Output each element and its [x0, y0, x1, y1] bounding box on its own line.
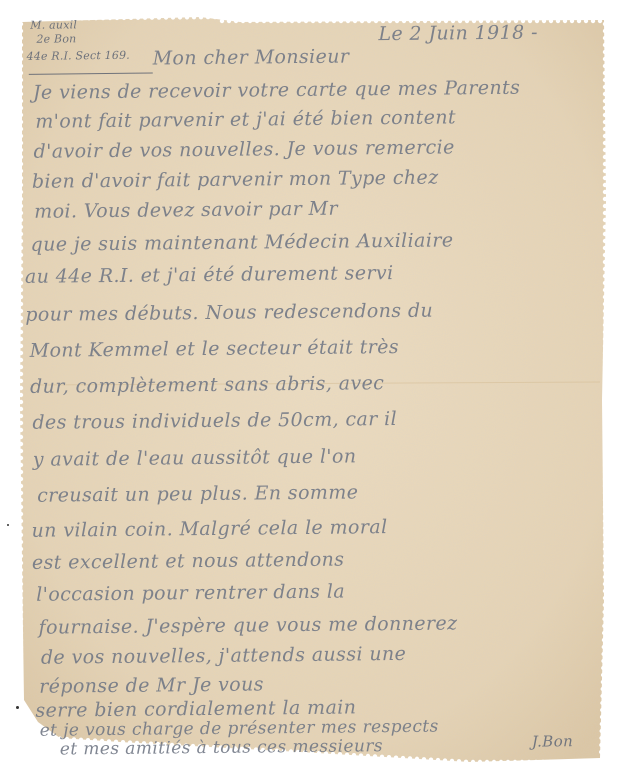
signature: J.Bon — [532, 732, 574, 750]
handwriting: M. auxil 2e Bon 44e R.I. Sect 169. Le 2 … — [0, 0, 620, 768]
body-line: y avait de l'eau aussitôt que l'on — [33, 444, 357, 471]
body-line: m'ont fait parvenir et j'ai été bien con… — [35, 105, 456, 133]
body-line: Je viens de recevoir votre carte que mes… — [33, 76, 521, 105]
sender-line: 2e Bon — [36, 32, 76, 45]
body-line: moi. Vous devez savoir par Mr — [34, 197, 338, 224]
body-line: l'occasion pour rentrer dans la — [36, 580, 345, 607]
body-line: dur, complètement sans abris, avec — [30, 371, 384, 399]
letter-date: Le 2 Juin 1918 - — [378, 21, 538, 45]
body-line: Mont Kemmel et le secteur était très — [30, 335, 400, 363]
body-line: réponse de Mr Je vous — [39, 672, 264, 698]
body-line: au 44e R.I. et j'ai été durement servi — [25, 261, 394, 289]
body-line: pour mes débuts. Nous redescendons du — [25, 299, 433, 327]
sender-line: 44e R.I. Sect 169. — [27, 49, 130, 63]
body-line: d'avoir de vos nouvelles. Je vous remerc… — [33, 135, 454, 163]
scan-canvas: M. auxil 2e Bon 44e R.I. Sect 169. Le 2 … — [0, 0, 620, 768]
body-line: des trous individuels de 50cm, car il — [32, 407, 397, 435]
body-line: fournaise. J'espère que vous me donnerez — [38, 611, 457, 639]
body-line: et mes amitiés à tous ces messieurs — [60, 734, 383, 761]
body-line: bien d'avoir fait parvenir mon Type chez — [32, 166, 439, 194]
body-line: que je suis maintenant Médecin Auxiliair… — [30, 228, 453, 256]
body-line: est excellent et nous attendons — [32, 548, 345, 575]
body-line: de vos nouvelles, j'attends aussi une — [41, 642, 407, 670]
body-line: un vilain coin. Malgré cela le moral — [31, 515, 387, 543]
sender-line: M. auxil — [30, 18, 77, 31]
body-line: creusait un peu plus. En somme — [37, 480, 358, 507]
salutation: Mon cher Monsieur — [153, 45, 350, 69]
